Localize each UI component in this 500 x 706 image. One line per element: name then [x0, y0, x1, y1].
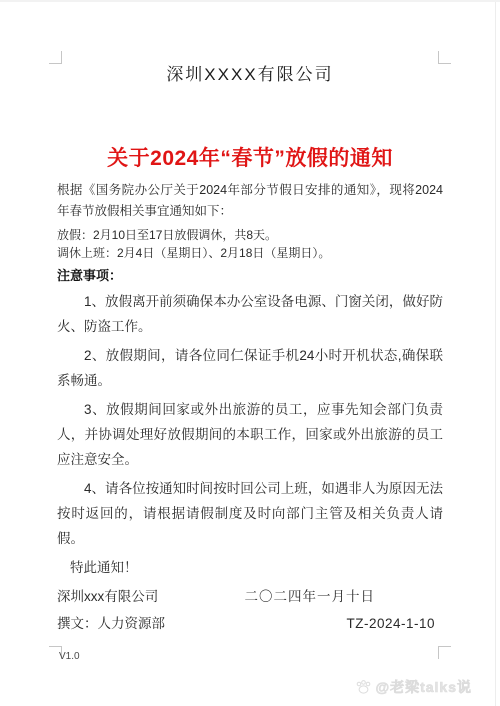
notice-item-2: 2、放假期间，请各位同仁保证手机24小时开机状态,确保联系畅通。 — [57, 343, 443, 393]
notice-title: 关于2024年“春节”放假的通知 — [57, 146, 443, 172]
holiday-line: 放假：2月10日至17日放假调休，共8天。 — [57, 227, 443, 245]
doc-number: TZ-2024-1-10 — [346, 615, 435, 633]
version-label: V1.0 — [59, 651, 80, 662]
signature-author: 撰文：人力资源部 — [57, 615, 165, 633]
watermark-text: @老梁talks说 — [375, 677, 472, 697]
signature-row-2: 撰文：人力资源部 TZ-2024-1-10 — [57, 615, 443, 633]
notice-content: 深圳XXXX有限公司 关于2024年“春节”放假的通知 根据《国务院办公厅关于2… — [57, 2, 443, 633]
intro-paragraph: 根据《国务院办公厅关于2024年部分节假日安排的通知》，现将2024年春节放假相… — [57, 180, 443, 222]
paw-icon — [355, 679, 372, 695]
signature-row-1: 深圳xxx有限公司 二〇二四年一月十日 — [57, 588, 443, 606]
watermark: @老梁talks说 — [355, 677, 472, 697]
crop-mark-bottom-right — [438, 646, 451, 659]
notice-item-4: 4、请各位按通知时间按时回公司上班，如遇非人为原因无法按时返回的，请根据请假制度… — [57, 476, 443, 551]
closing-line: 特此通知！ — [57, 557, 443, 579]
signature-date: 二〇二四年一月十日 — [245, 588, 376, 606]
notice-item-1: 1、放假离开前须确保本办公室设备电源、门窗关闭，做好防火、防盗工作。 — [57, 289, 443, 339]
notice-page: 深圳XXXX有限公司 关于2024年“春节”放假的通知 根据《国务院办公厅关于2… — [0, 0, 500, 706]
notice-item-3: 3、放假期间回家或外出旅游的员工，应事先知会部门负责人，并协调处理好放假期间的本… — [57, 397, 443, 472]
notes-heading: 注意事项： — [57, 267, 443, 285]
workday-line: 调休上班：2月4日（星期日）、2月18日（星期日）。 — [57, 245, 443, 263]
company-header: 深圳XXXX有限公司 — [57, 64, 443, 86]
signature-company: 深圳xxx有限公司 — [57, 588, 158, 606]
